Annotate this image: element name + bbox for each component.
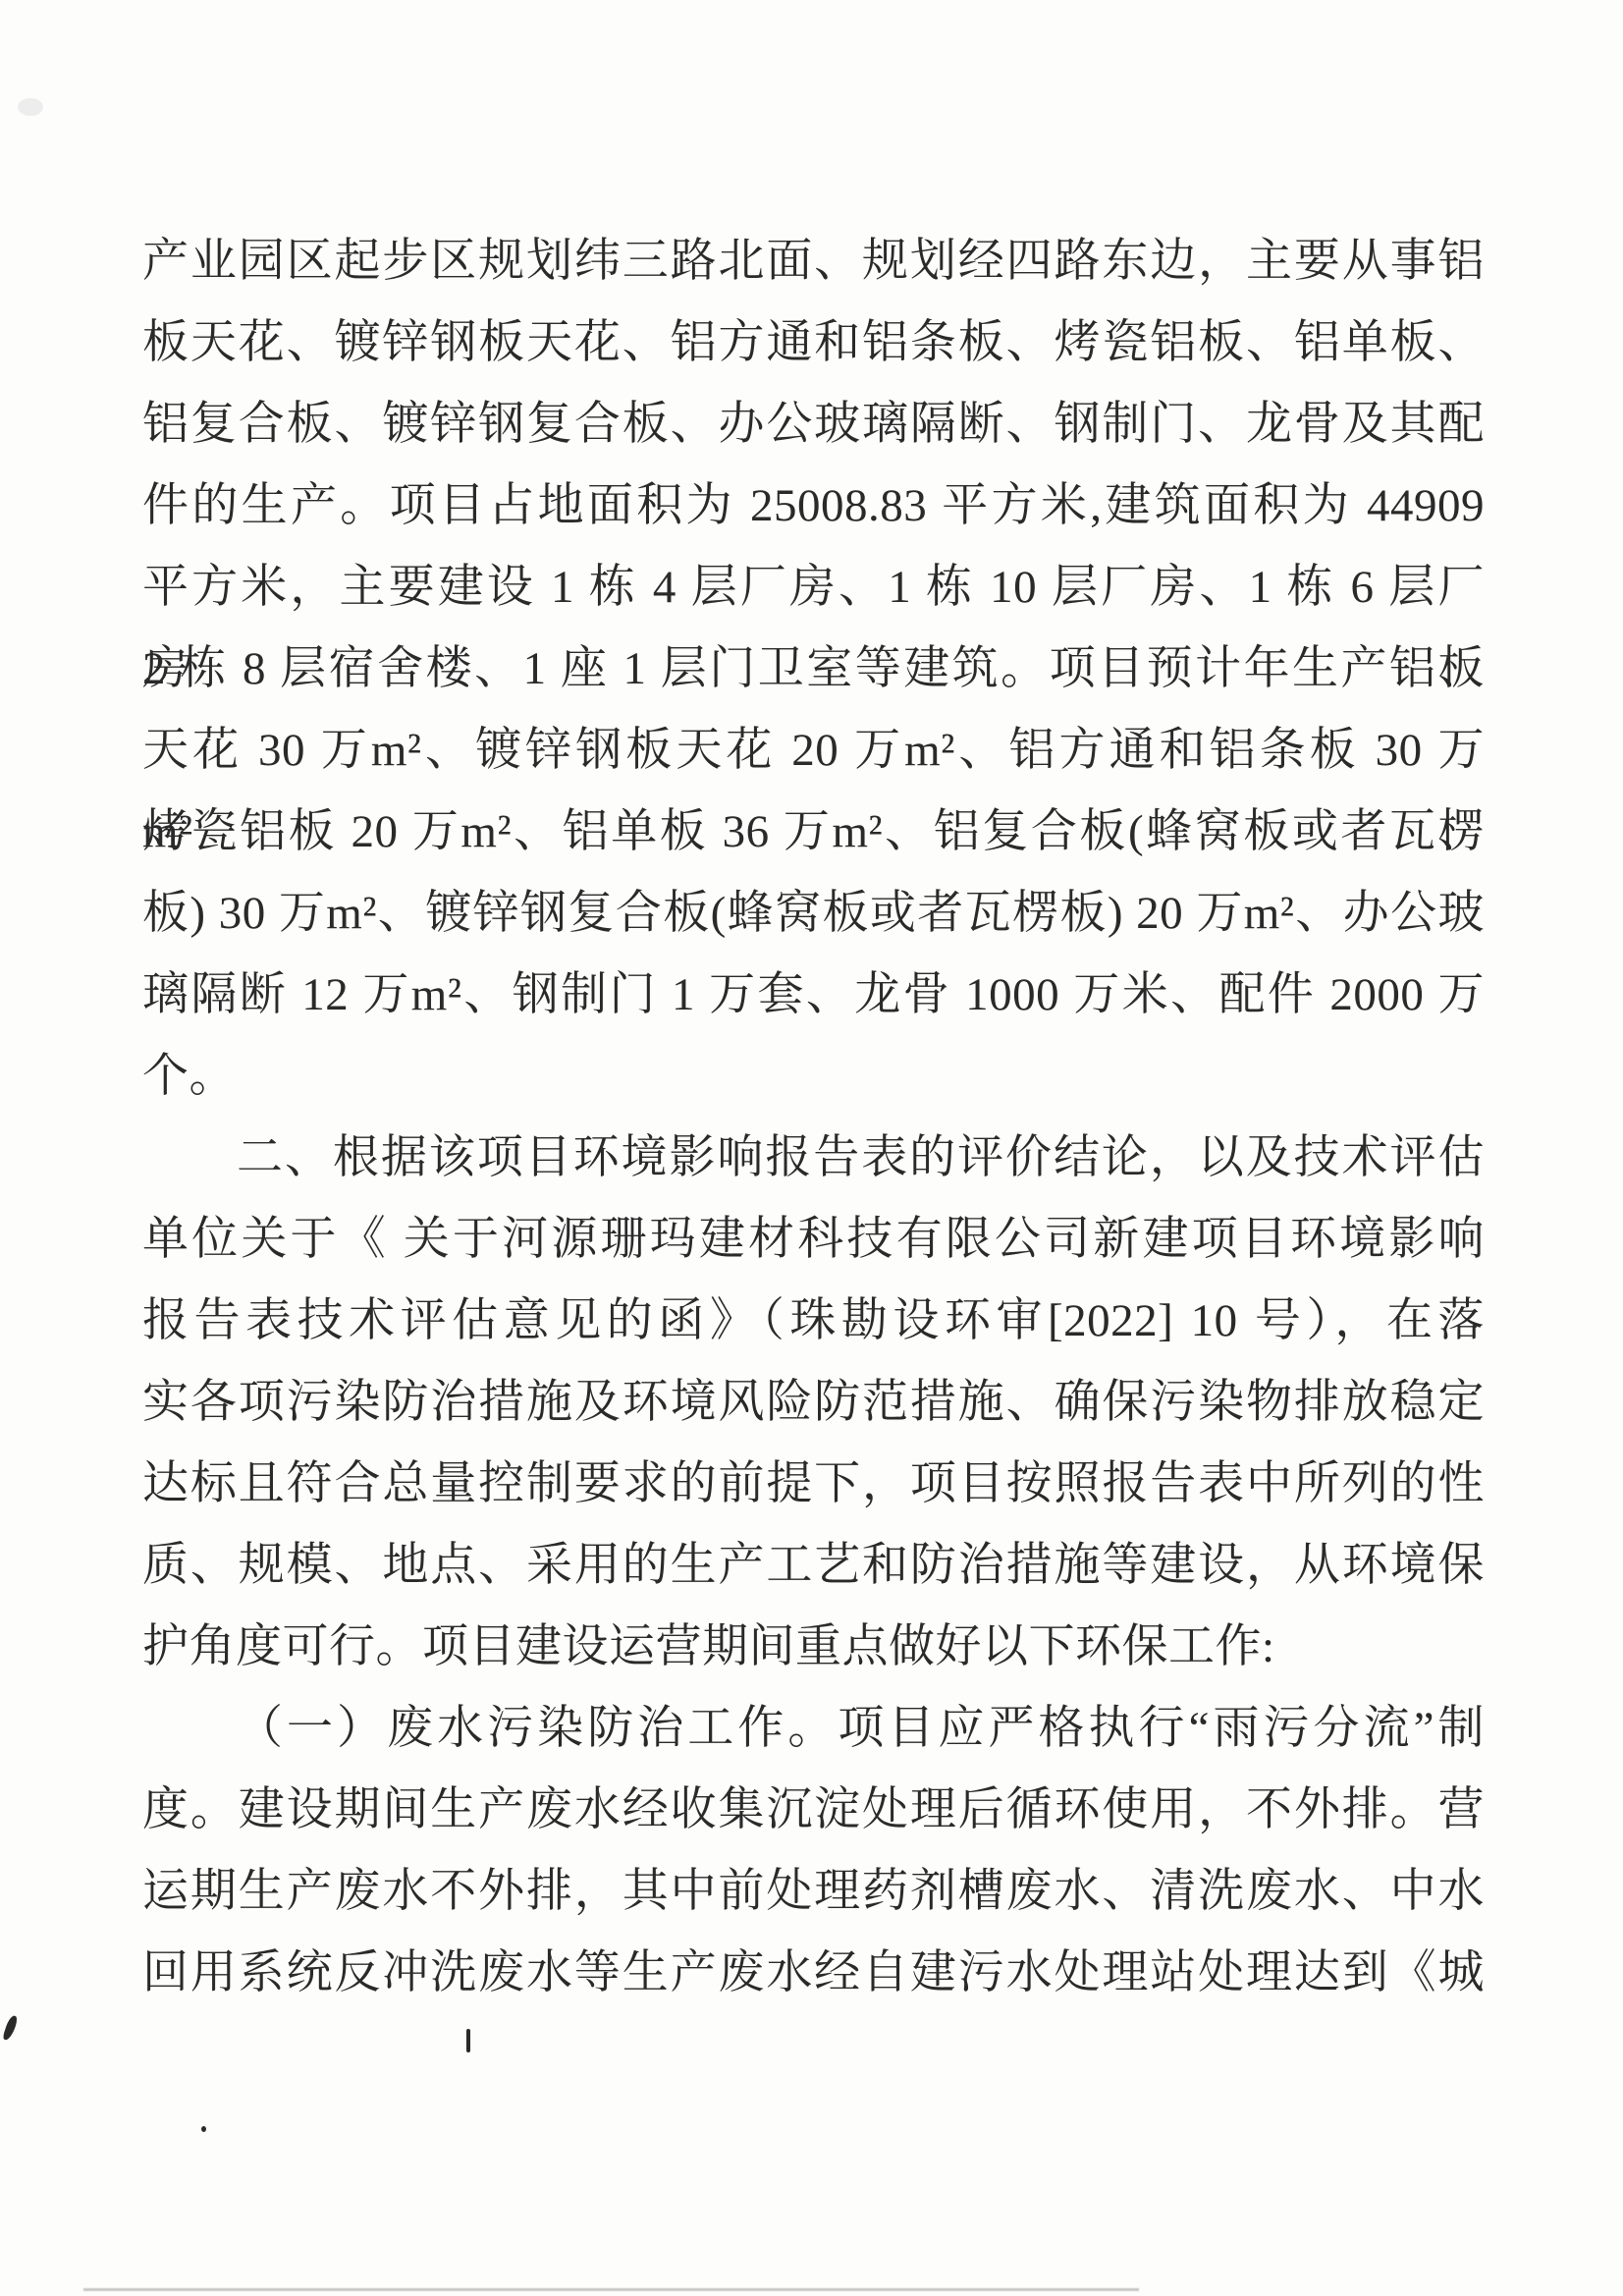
- text-line-paragraph-start: 二、根据该项目环境影响报告表的评价结论，以及技术评估: [142, 1118, 1485, 1199]
- ink-speck: [2, 2014, 19, 2042]
- text-line: 板) 30 万m²、镀锌钢复合板(蜂窝板或者瓦楞板) 20 万m²、办公玻: [142, 873, 1485, 955]
- text-line: 报告表技术评估意见的函》（珠勘设环审[2022] 10 号），在落: [142, 1281, 1485, 1362]
- text-line: 2 栋 8 层宿舍楼、1 座 1 层门卫室等建筑。项目预计年生产铝板: [142, 629, 1485, 710]
- text-line: 单位关于《 关于河源珊玛建材科技有限公司新建项目环境影响: [142, 1199, 1485, 1281]
- ink-speck: [466, 2029, 470, 2052]
- text-line: 件的生产。项目占地面积为 25008.83 平方米,建筑面积为 44909: [142, 465, 1485, 547]
- text-line: 平方米，主要建设 1 栋 4 层厂房、1 栋 10 层厂房、1 栋 6 层厂房、: [142, 547, 1485, 629]
- text-line-paragraph-start: （一）废水污染防治工作。项目应严格执行“雨污分流”制: [142, 1688, 1485, 1770]
- scan-smudge: [18, 98, 43, 116]
- text-line-paragraph-end: 护角度可行。项目建设运营期间重点做好以下环保工作:: [142, 1607, 1485, 1688]
- text-line: 实各项污染防治措施及环境风险防范措施、确保污染物排放稳定: [142, 1362, 1485, 1444]
- text-line: 璃隔断 12 万m²、钢制门 1 万套、龙骨 1000 万米、配件 2000 万: [142, 955, 1485, 1036]
- text-line-paragraph-end: 个。: [142, 1036, 1485, 1118]
- text-line: 产业园区起步区规划纬三路北面、规划经四路东边，主要从事铝: [142, 221, 1485, 302]
- text-line: 天花 30 万m²、镀锌钢板天花 20 万m²、铝方通和铝条板 30 万m²、: [142, 710, 1485, 792]
- text-line: 铝复合板、镀锌钢复合板、办公玻璃隔断、钢制门、龙骨及其配: [142, 384, 1485, 465]
- text-line: 回用系统反冲洗废水等生产废水经自建污水处理站处理达到《城: [142, 1933, 1485, 2014]
- scan-edge-streak: [83, 2288, 1139, 2291]
- text-line: 运期生产废水不外排，其中前处理药剂槽废水、清洗废水、中水: [142, 1851, 1485, 1933]
- text-line: 达标且符合总量控制要求的前提下，项目按照报告表中所列的性: [142, 1444, 1485, 1525]
- text-line: 度。建设期间生产废水经收集沉淀处理后循环使用，不外排。营: [142, 1770, 1485, 1851]
- ink-speck: [201, 2126, 206, 2132]
- text-line: 板天花、镀锌钢板天花、铝方通和铝条板、烤瓷铝板、铝单板、: [142, 302, 1485, 384]
- text-line: 烤瓷铝板 20 万m²、铝单板 36 万m²、铝复合板(蜂窝板或者瓦楞: [142, 792, 1485, 873]
- document-body-text: 产业园区起步区规划纬三路北面、规划经四路东边，主要从事铝 板天花、镀锌钢板天花、…: [142, 221, 1485, 2014]
- scanned-document-page: 产业园区起步区规划纬三路北面、规划经四路东边，主要从事铝 板天花、镀锌钢板天花、…: [0, 0, 1623, 2296]
- text-line: 质、规模、地点、采用的生产工艺和防治措施等建设，从环境保: [142, 1525, 1485, 1607]
